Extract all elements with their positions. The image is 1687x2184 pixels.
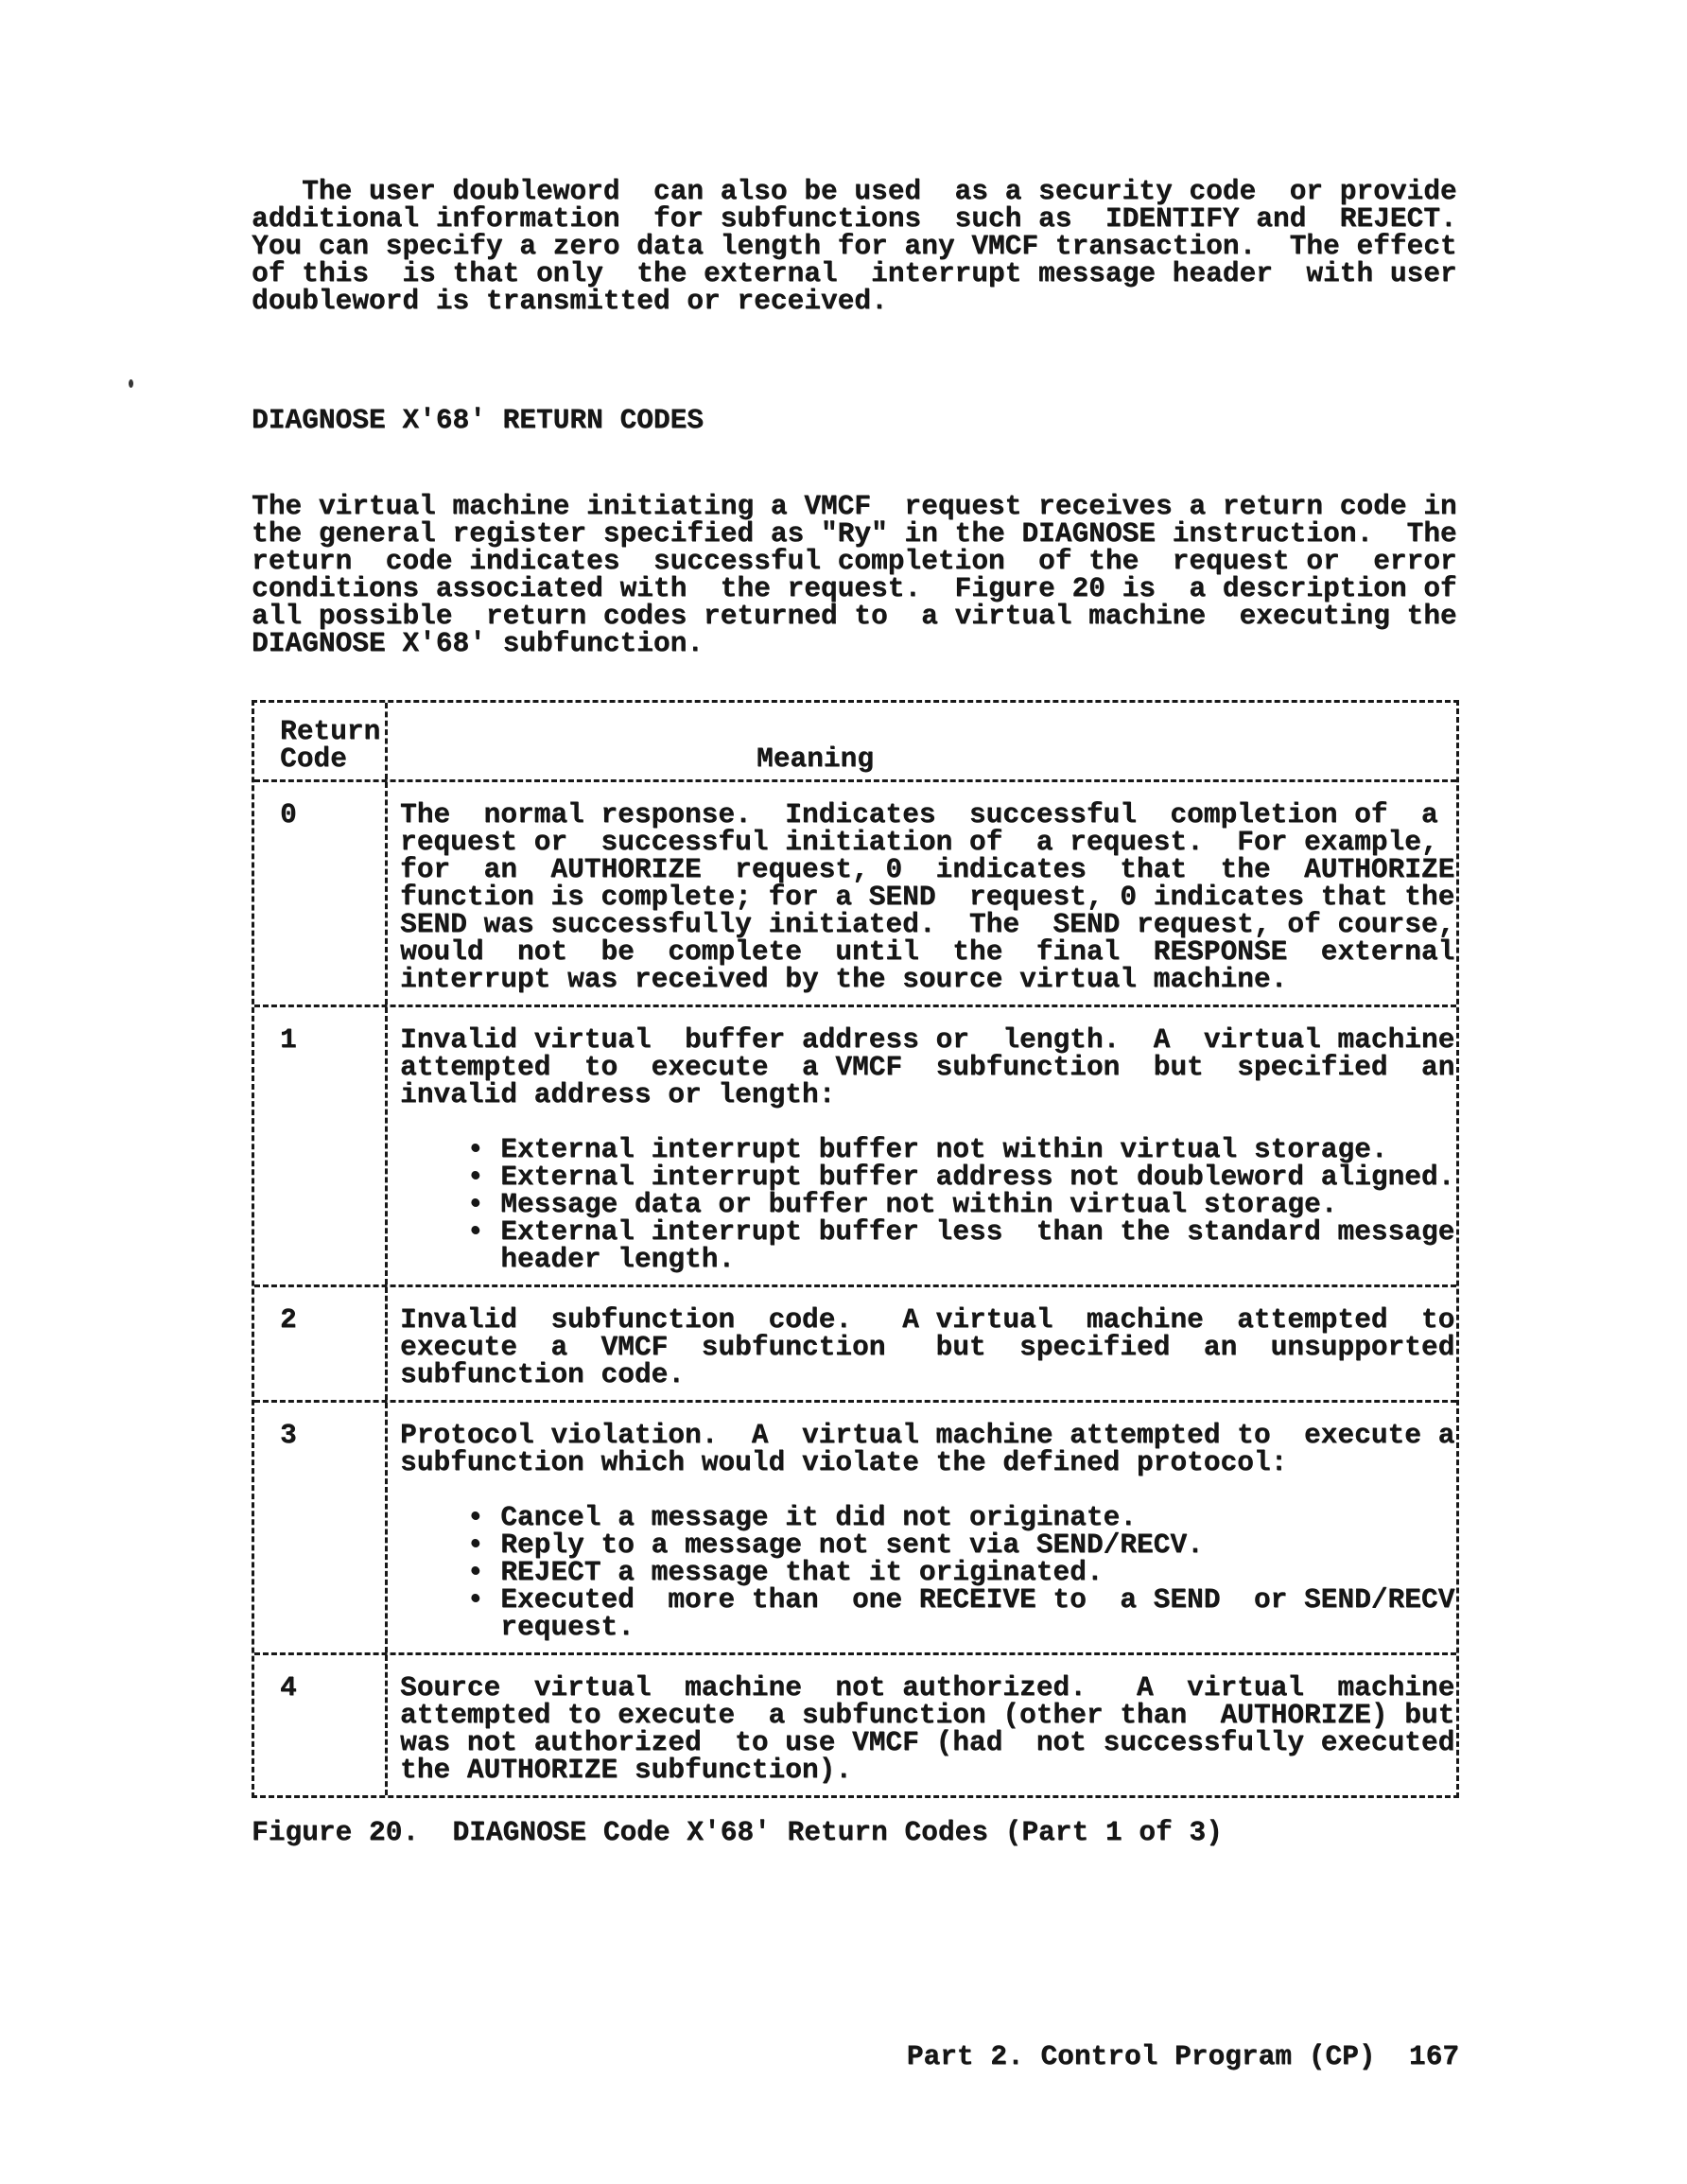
table-row-code-4: 4 Source virtual machine not authorized.… — [254, 1652, 1456, 1795]
scanned-manual-page: The user doubleword can also be used as … — [0, 0, 1687, 2184]
table-row-code-1: 1 Invalid virtual buffer address or leng… — [254, 1005, 1456, 1284]
column-header-meaning: Meaning — [388, 703, 1456, 779]
return-code-value: 0 — [254, 782, 388, 1005]
column-header-return-code: Return Code — [254, 703, 388, 779]
table-header-row: Return Code Meaning — [254, 703, 1456, 779]
table-row-code-0: 0 The normal response. Indicates success… — [254, 779, 1456, 1005]
meaning-text: Invalid subfunction code. A virtual mach… — [388, 1287, 1460, 1400]
meaning-text: Source virtual machine not authorized. A… — [388, 1655, 1460, 1795]
meaning-text: The normal response. Indicates successfu… — [388, 782, 1460, 1005]
return-codes-table: Return Code Meaning 0 The normal respons… — [252, 700, 1459, 1798]
table-row-code-3: 3 Protocol violation. A virtual machine … — [254, 1400, 1456, 1652]
table-row-code-2: 2 Invalid subfunction code. A virtual ma… — [254, 1284, 1456, 1400]
figure-caption: Figure 20. DIAGNOSE Code X'68' Return Co… — [252, 1819, 1223, 1846]
return-code-value: 2 — [254, 1287, 388, 1400]
meaning-text: Invalid virtual buffer address or length… — [388, 1007, 1460, 1284]
intro-paragraph: The user doubleword can also be used as … — [252, 178, 1457, 315]
body-paragraph: The virtual machine initiating a VMCF re… — [252, 493, 1457, 657]
page-footer: Part 2. Control Program (CP) 167 — [252, 2043, 1459, 2070]
return-code-value: 4 — [254, 1655, 388, 1795]
return-code-value: 1 — [254, 1007, 388, 1284]
meaning-text: Protocol violation. A virtual machine at… — [388, 1403, 1460, 1652]
scan-artifact-dot — [129, 379, 133, 388]
return-code-value: 3 — [254, 1403, 388, 1652]
section-heading: DIAGNOSE X'68' RETURN CODES — [252, 407, 704, 434]
